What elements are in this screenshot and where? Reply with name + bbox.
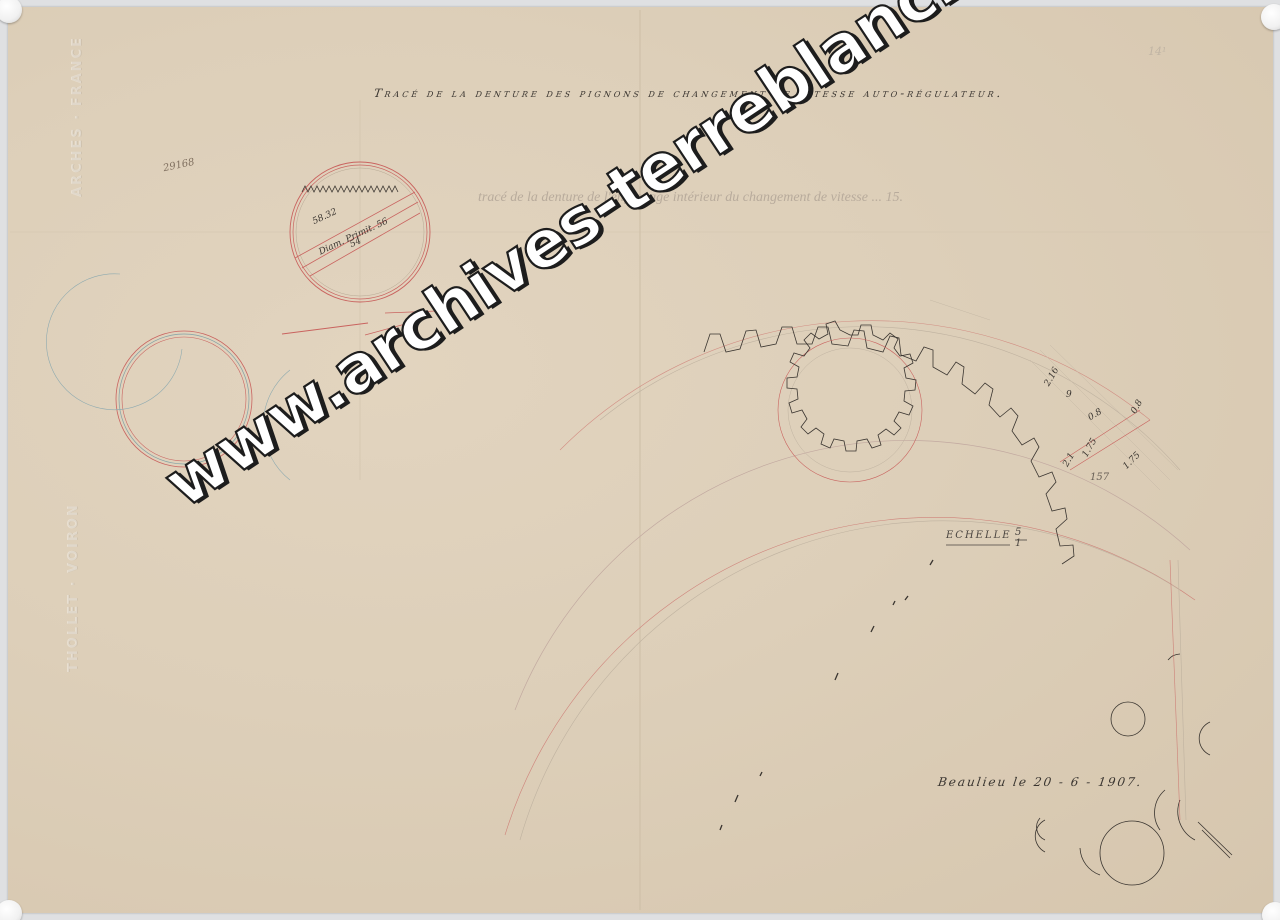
signature-place-date: Beaulieu le 20 - 6 - 1907. xyxy=(937,775,1143,789)
embossed-stamp-top: ARCHES · FRANCE xyxy=(70,36,85,197)
corner-mark: 14¹ xyxy=(1148,45,1166,58)
embossed-stamp-left: THOLLET · VOIRON xyxy=(66,503,81,672)
scale-denominator: 1 xyxy=(1015,538,1021,549)
mounting-clip xyxy=(1261,4,1280,30)
tooth-count: 157 xyxy=(1090,472,1109,483)
tooth-dimension: 9 xyxy=(1066,390,1072,400)
ring-gear-diagram xyxy=(505,300,1195,840)
circle-constructions xyxy=(1035,654,1232,885)
scale-label: ECHELLE xyxy=(946,530,1012,541)
scale-numerator: 5 xyxy=(1015,527,1021,538)
drawing-title: Tracé de la denture des pignons de chang… xyxy=(373,86,1005,100)
scale-ratio: 5 1 xyxy=(1015,527,1021,549)
